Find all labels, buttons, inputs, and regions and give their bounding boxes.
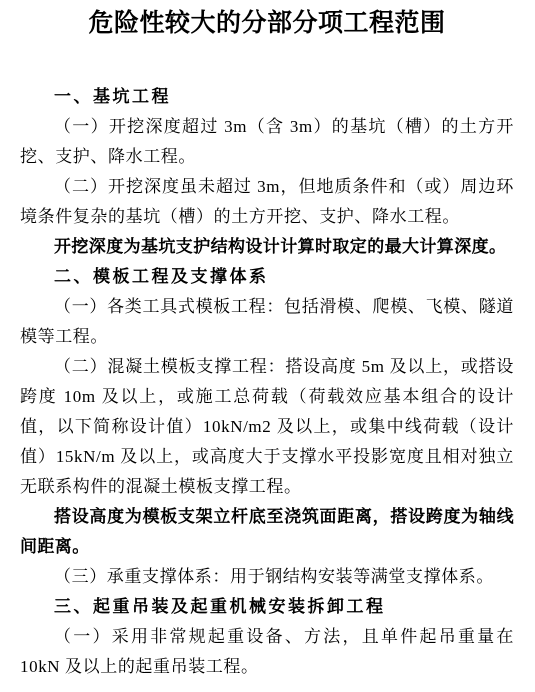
- body-paragraph: （二）混凝土模板支撑工程：搭设高度 5m 及以上，或搭设跨度 10m 及以上，或…: [20, 352, 514, 502]
- section-heading: 一、基坑工程: [20, 82, 514, 112]
- document-title: 危险性较大的分部分项工程范围: [20, 6, 514, 40]
- bold-note-paragraph: 搭设高度为模板支架立杆底至浇筑面距离，搭设跨度为轴线间距离。: [20, 502, 514, 562]
- body-paragraph: （二）开挖深度虽未超过 3m，但地质条件和（或）周边环境条件复杂的基坑（槽）的土…: [20, 172, 514, 232]
- body-paragraph: （一）开挖深度超过 3m（含 3m）的基坑（槽）的土方开挖、支护、降水工程。: [20, 112, 514, 172]
- document-body: 一、基坑工程（一）开挖深度超过 3m（含 3m）的基坑（槽）的土方开挖、支护、降…: [20, 82, 514, 682]
- body-paragraph: （三）承重支撑体系：用于钢结构安装等满堂支撑体系。: [20, 562, 514, 592]
- document-page: 危险性较大的分部分项工程范围 一、基坑工程（一）开挖深度超过 3m（含 3m）的…: [0, 0, 535, 692]
- section-heading: 三、起重吊装及起重机械安装拆卸工程: [20, 592, 514, 622]
- body-paragraph: （一）各类工具式模板工程：包括滑模、爬模、飞模、隧道模等工程。: [20, 292, 514, 352]
- bold-note-paragraph: 开挖深度为基坑支护结构设计计算时取定的最大计算深度。: [20, 232, 514, 262]
- section-heading: 二、模板工程及支撑体系: [20, 262, 514, 292]
- body-paragraph: （一）采用非常规起重设备、方法，且单件起吊重量在 10kN 及以上的起重吊装工程…: [20, 622, 514, 682]
